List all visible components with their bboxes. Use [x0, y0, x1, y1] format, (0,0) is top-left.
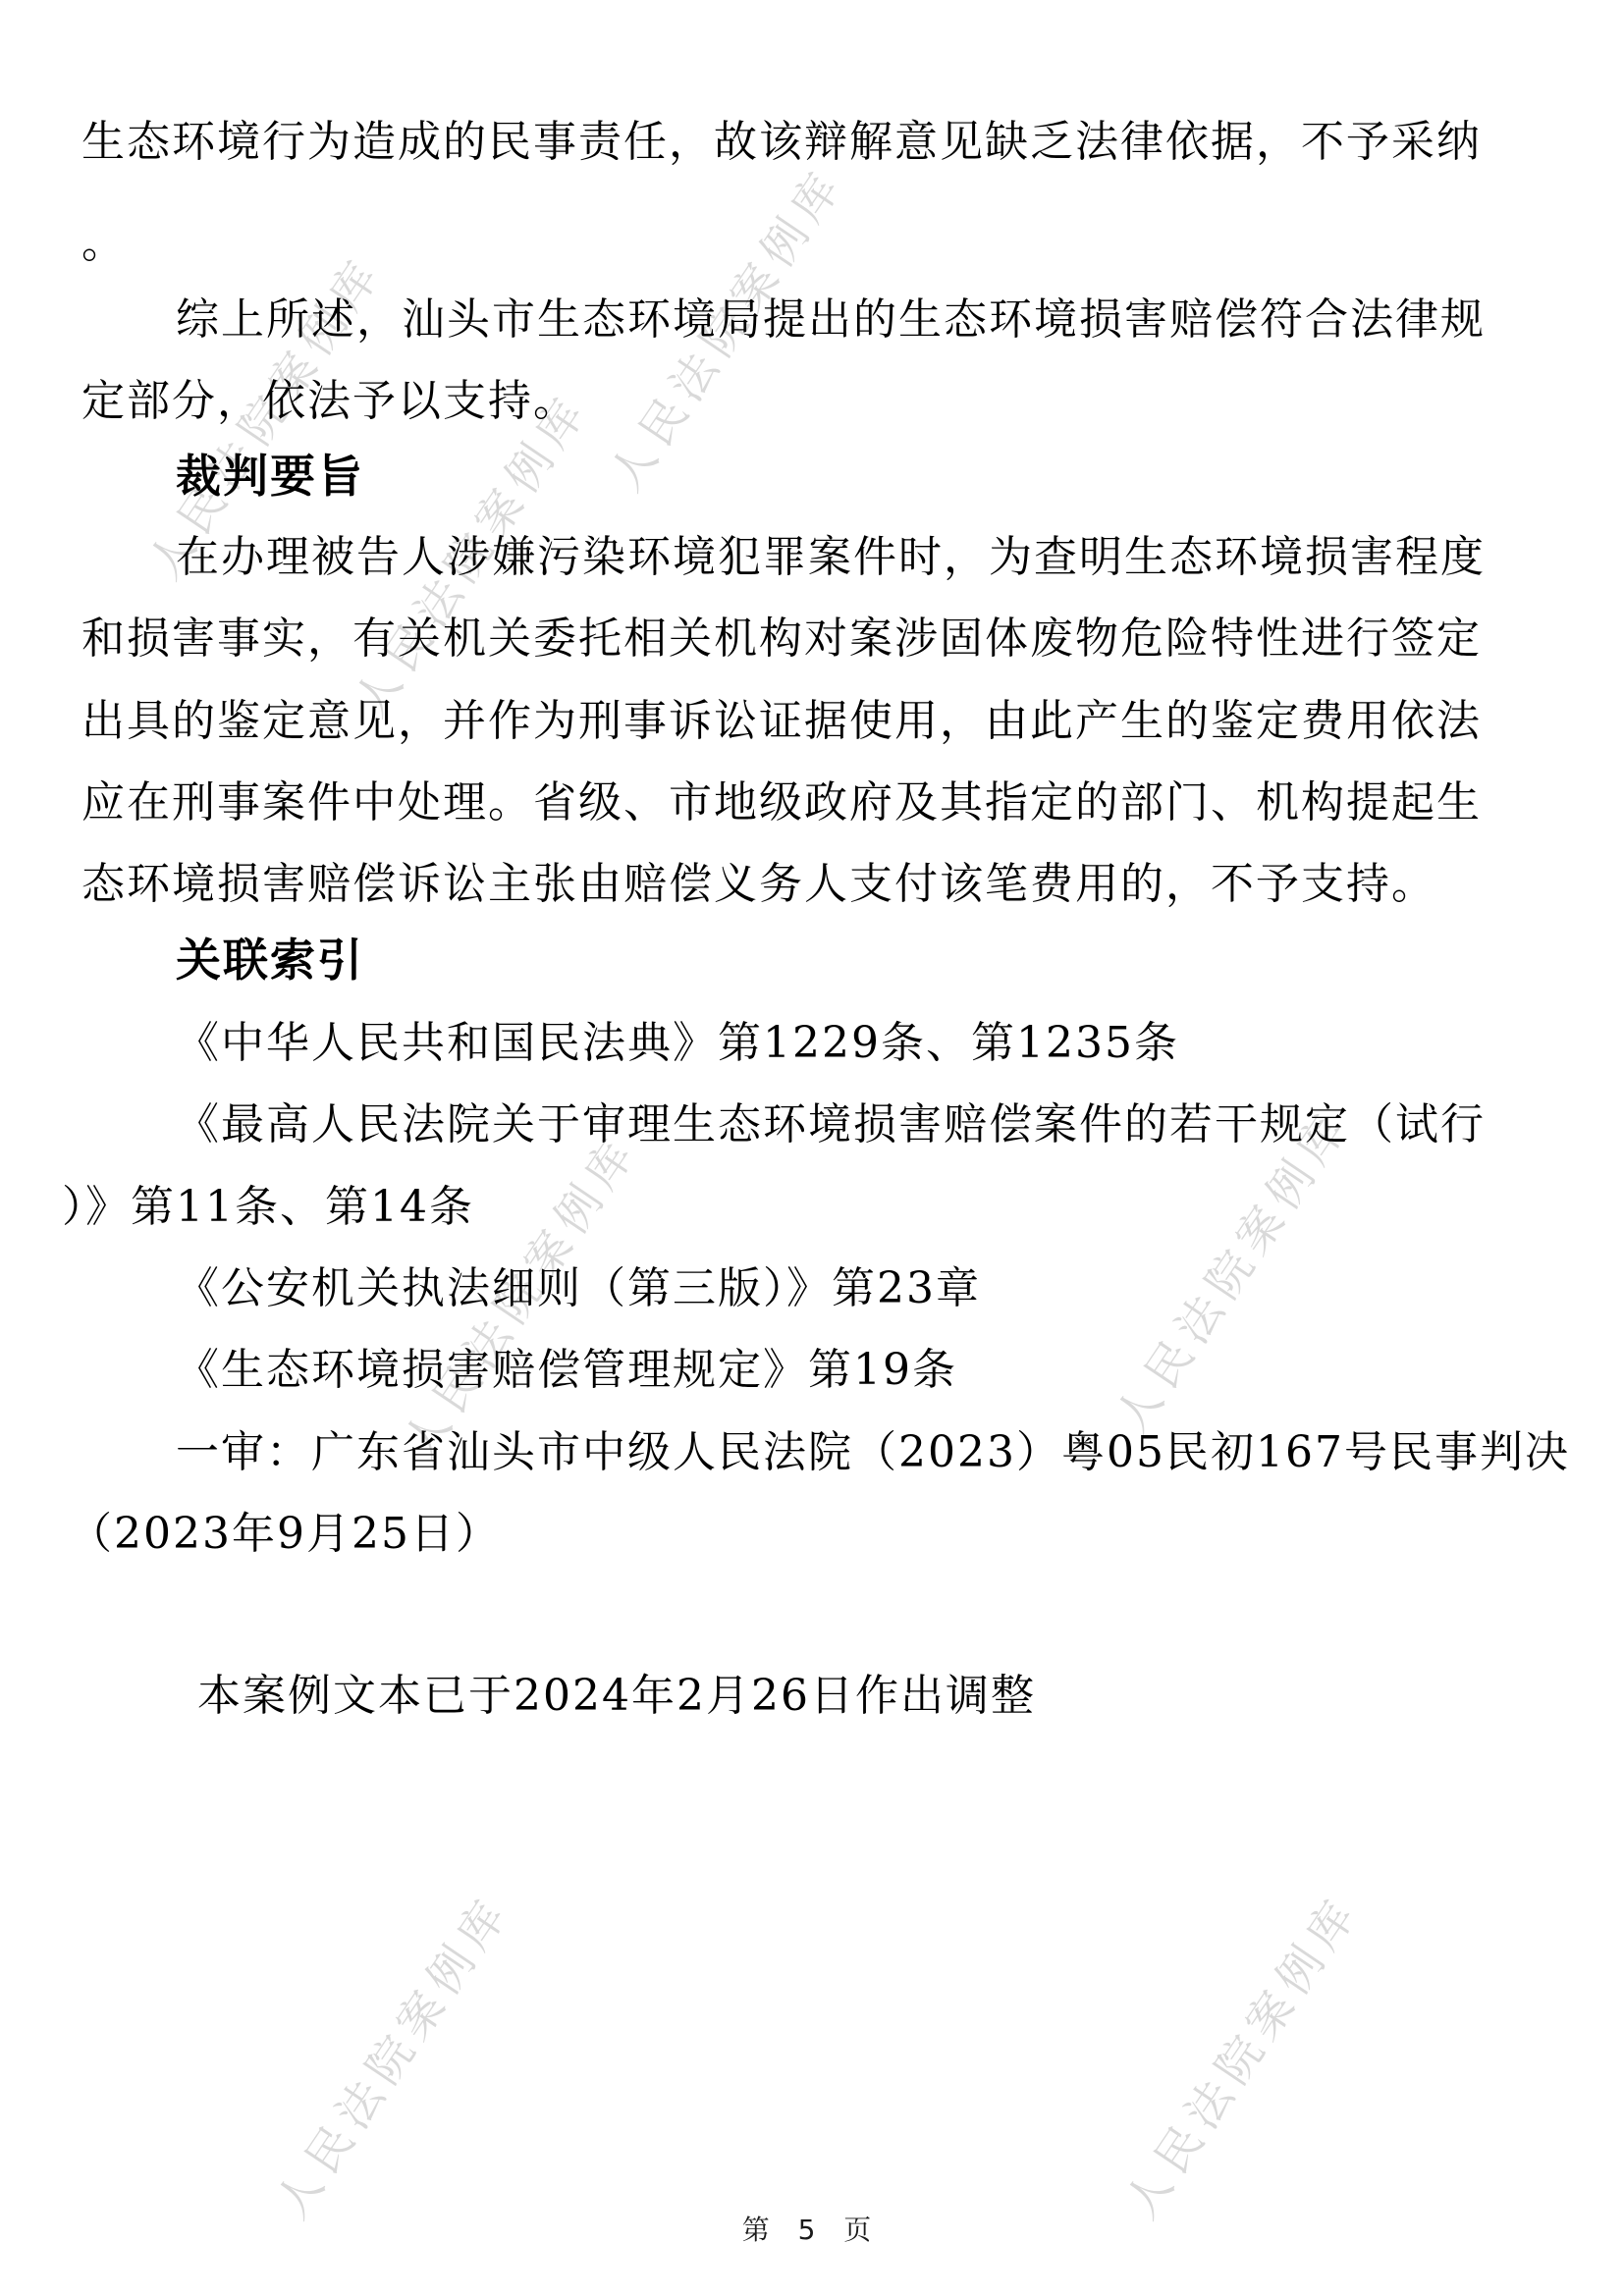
text-line: 定部分，依法予以支持。	[81, 375, 1533, 428]
text-line: 出具的鉴定意见，并作为刑事诉讼证据使用，由此产生的鉴定费用依法	[81, 695, 1533, 748]
text-line: （2023年9月25日）	[69, 1508, 1520, 1561]
text-line: 在办理被告人涉嫌污染环境犯罪案件时，为查明生态环境损害程度	[81, 531, 1533, 584]
text-line: 应在刑事案件中处理。省级、市地级政府及其指定的部门、机构提起生	[81, 776, 1533, 829]
watermark: 人民法院案例库	[1107, 1880, 1372, 2229]
watermark: 人民法院案例库	[257, 1880, 522, 2229]
text-line: 《中华人民共和国民法典》第1229条、第1235条	[81, 1017, 1533, 1070]
text-line: 生态环境行为造成的民事责任，故该辩解意见缺乏法律依据，不予采纳	[81, 116, 1533, 169]
heading-judgment-gist: 裁判要旨	[81, 450, 1533, 503]
text-line: 和损害事实，有关机关委托相关机构对案涉固体废物危险特性进行签定	[81, 613, 1533, 666]
text-line: 《公安机关执法细则（第三版）》第23章	[81, 1262, 1533, 1315]
document-page: 人民法院案例库 人民法院案例库 人民法院案例库 人民法院案例库 人民法院案例库 …	[0, 0, 1623, 2296]
text-line: 态环境损害赔偿诉讼主张由赔偿义务人支付该笔费用的，不予支持。	[81, 858, 1533, 911]
adjustment-note: 本案例文本已于2024年2月26日作出调整	[197, 1670, 1623, 1723]
text-line: 一审：广东省汕头市中级人民法院（2023）粤05民初167号民事判决	[81, 1426, 1533, 1479]
text-line: 综上所述，汕头市生态环境局提出的生态环境损害赔偿符合法律规	[81, 294, 1533, 347]
text-line: ）》第11条、第14条	[62, 1181, 1513, 1234]
page-number: 第 5 页	[0, 2209, 1623, 2248]
text-line: 。	[81, 217, 1533, 270]
heading-related-index: 关联索引	[81, 934, 1533, 987]
text-line: 《生态环境损害赔偿管理规定》第19条	[81, 1344, 1533, 1397]
text-line: 《最高人民法院关于审理生态环境损害赔偿案件的若干规定（试行	[81, 1098, 1533, 1151]
